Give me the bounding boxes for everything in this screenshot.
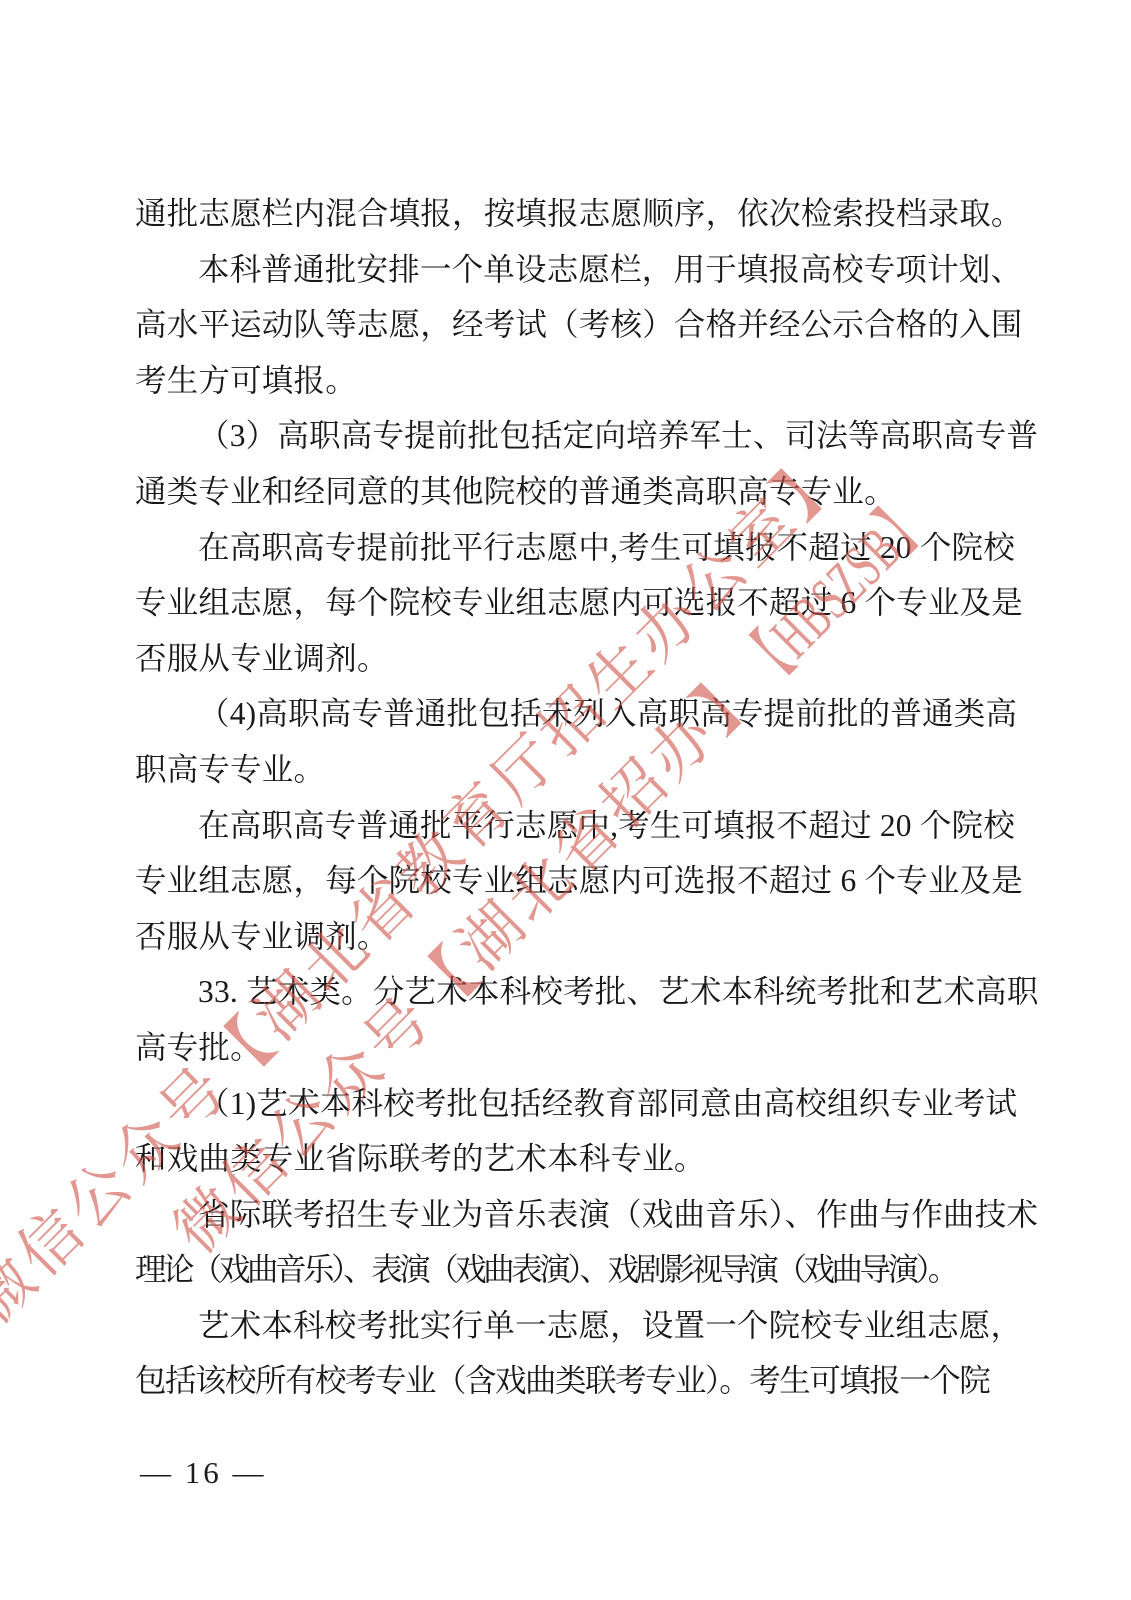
text-line: 艺术本科校考批实行单一志愿，设置一个院校专业组志愿，	[135, 1298, 1009, 1354]
text-line: （1)艺术本科校考批包括经教育部同意由高校组织专业考试	[135, 1076, 1009, 1132]
paragraph-10: 艺术本科校考批实行单一志愿，设置一个院校专业组志愿，包括该校所有校考专业（含戏曲…	[135, 1298, 1009, 1409]
text-line: 本科普通批安排一个单设志愿栏，用于填报高校专项计划、	[135, 242, 1009, 298]
text-line: 和戏曲类专业省际联考的艺术本科专业。	[135, 1131, 1009, 1187]
text-line: 通类专业和经同意的其他院校的普通类高职高专专业。	[135, 464, 1009, 520]
paragraph-4: 在高职高专提前批平行志愿中,考生可填报不超过 20 个院校专业组志愿，每个院校专…	[135, 520, 1009, 687]
paragraph-7: 33. 艺术类。分艺术本科校考批、艺术本科统考批和艺术高职高专批。	[135, 964, 1009, 1075]
text-line: 高水平运动队等志愿，经考试（考核）合格并经公示合格的入围	[135, 297, 1009, 353]
text-line: 职高专专业。	[135, 742, 1009, 798]
paragraph-3: （3）高职高专提前批包括定向培养军士、司法等高职高专普通类专业和经同意的其他院校…	[135, 408, 1009, 519]
paragraph-9: 省际联考招生专业为音乐表演（戏曲音乐）、作曲与作曲技术理论（戏曲音乐）、表演（戏…	[135, 1187, 1009, 1298]
text-line: 33. 艺术类。分艺术本科校考批、艺术本科统考批和艺术高职	[135, 964, 1009, 1020]
page-number: — 16 —	[140, 1453, 267, 1493]
document-body: 通批志愿栏内混合填报，按填报志愿顺序，依次检索投档录取。本科普通批安排一个单设志…	[135, 186, 1009, 1409]
text-line: 在高职高专普通批平行志愿中,考生可填报不超过 20 个院校	[135, 798, 1009, 854]
text-line: 包括该校所有校考专业（含戏曲类联考专业）。考生可填报一个院	[135, 1353, 1009, 1409]
paragraph-8: （1)艺术本科校考批包括经教育部同意由高校组织专业考试和戏曲类专业省际联考的艺术…	[135, 1076, 1009, 1187]
paragraph-2: 本科普通批安排一个单设志愿栏，用于填报高校专项计划、高水平运动队等志愿，经考试（…	[135, 242, 1009, 409]
document-page: 微信公众号【湖北省教育厅招生办公室】 微信公众号【湖北省招办】【HBSZSB】 …	[0, 0, 1131, 1600]
text-line: 考生方可填报。	[135, 353, 1009, 409]
text-line: 高专批。	[135, 1020, 1009, 1076]
text-line: 省际联考招生专业为音乐表演（戏曲音乐）、作曲与作曲技术	[135, 1187, 1009, 1243]
text-line: 在高职高专提前批平行志愿中,考生可填报不超过 20 个院校	[135, 520, 1009, 576]
text-line: （4)高职高专普通批包括未列入高职高专提前批的普通类高	[135, 686, 1009, 742]
paragraph-1: 通批志愿栏内混合填报，按填报志愿顺序，依次检索投档录取。	[135, 186, 1009, 242]
text-line: 否服从专业调剂。	[135, 909, 1009, 965]
text-line: （3）高职高专提前批包括定向培养军士、司法等高职高专普	[135, 408, 1009, 464]
text-line: 否服从专业调剂。	[135, 631, 1009, 687]
text-line: 理论（戏曲音乐）、表演（戏曲表演）、戏剧影视导演（戏曲导演）。	[135, 1242, 1009, 1298]
text-line: 通批志愿栏内混合填报，按填报志愿顺序，依次检索投档录取。	[135, 186, 1009, 242]
paragraph-6: 在高职高专普通批平行志愿中,考生可填报不超过 20 个院校专业组志愿，每个院校专…	[135, 798, 1009, 965]
text-line: 专业组志愿，每个院校专业组志愿内可选报不超过 6 个专业及是	[135, 853, 1009, 909]
paragraph-5: （4)高职高专普通批包括未列入高职高专提前批的普通类高职高专专业。	[135, 686, 1009, 797]
text-line: 专业组志愿，每个院校专业组志愿内可选报不超过 6 个专业及是	[135, 575, 1009, 631]
